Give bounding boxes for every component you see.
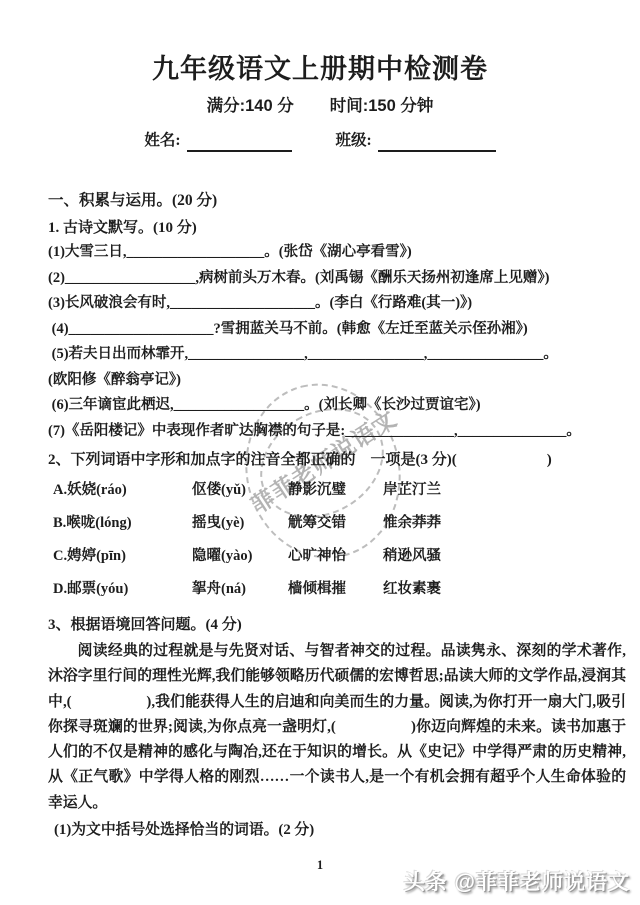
exam-meta-row: 满分:140 分 时间:150 分钟: [0, 95, 640, 117]
q3-sub-question-1: (1)为文中括号处选择恰当的词语。(2 分): [48, 818, 626, 842]
q2-option-c-word-4: 稍逊风骚: [383, 546, 626, 566]
q1-line-6: (6)三年谪宦此栖迟,__________________。(刘长卿《长沙过贾谊…: [48, 393, 626, 419]
exam-page: 菲菲老师说语文 九年级语文上册期中检测卷 满分:140 分 时间:150 分钟 …: [0, 0, 640, 905]
q1-line-5-citation: (欧阳修《醉翁亭记》): [48, 368, 626, 394]
q2-heading: 2、下列词语中字形和加点字的注音全都正确的 一项是(3 分)( ): [48, 448, 626, 472]
class-label: 班级:: [336, 130, 372, 152]
exam-body: 一、积累与运用。(20 分) 1. 古诗文默写。(10 分) (1)大雪三日,_…: [0, 190, 640, 842]
q2-option-grid: A.妖娆(ráo) 伛偻(yǔ) 静影沉璧 岸芷汀兰 B.喉咙(lóng) 摇曳…: [53, 480, 626, 599]
q2-option-b-word-3: 觥筹交错: [288, 513, 383, 533]
q1-line-3: (3)长风破浪会有时,____________________。(李白《行路难(…: [48, 291, 626, 317]
q2-option-a-word-2: 伛偻(yǔ): [192, 480, 288, 500]
student-info-row: 姓名: 班级:: [0, 130, 640, 152]
q2-option-a-word-3: 静影沉璧: [288, 480, 383, 500]
name-label: 姓名:: [144, 130, 180, 152]
q2-option-d-word-3: 樯倾楫摧: [288, 579, 383, 599]
q1-line-1: (1)大雪三日,___________________。(张岱《湖心亭看雪》): [48, 240, 626, 266]
q2-option-a-word-1: A.妖娆(ráo): [53, 480, 192, 500]
q1-line-5: (5)若夫日出而林霏开,________________,___________…: [48, 342, 626, 368]
toutiao-channel-watermark: 头条 @菲菲老师说语文: [404, 866, 630, 896]
q1-line-2: (2)__________________,病树前头万木春。(刘禹锡《酬乐天扬州…: [48, 266, 626, 292]
page-title: 九年级语文上册期中检测卷: [0, 0, 640, 88]
full-score-label: 满分:140 分: [207, 95, 294, 117]
q2-option-c-word-1: C.娉婷(pīn): [53, 546, 192, 566]
name-blank-line: [187, 135, 292, 152]
q3-passage: 阅读经典的过程就是与先贤对话、与智者神交的过程。品读隽永、深刻的学术著作,沐浴字…: [48, 639, 626, 816]
section1-heading: 一、积累与运用。(20 分): [48, 190, 626, 212]
q2-option-b-word-4: 惟余莽莽: [383, 513, 626, 533]
q2-option-a-word-4: 岸芷汀兰: [383, 480, 626, 500]
q2-option-c-word-2: 隐曜(yào): [192, 546, 288, 566]
time-limit-label: 时间:150 分钟: [330, 95, 434, 117]
q3-heading: 3、根据语境回答问题。(4 分): [48, 613, 626, 637]
q2-option-b-word-2: 摇曳(yè): [192, 513, 288, 533]
q2-option-b-word-1: B.喉咙(lóng): [53, 513, 192, 533]
class-blank-line: [378, 135, 496, 152]
q1-heading: 1. 古诗文默写。(10 分): [48, 216, 626, 240]
q2-option-d-word-2: 挐舟(ná): [192, 579, 288, 599]
q1-line-4: (4)____________________?雪拥蓝关马不前。(韩愈《左迁至蓝…: [48, 317, 626, 343]
q2-option-d-word-1: D.邮票(yóu): [53, 579, 192, 599]
q1-line-7: (7)《岳阳楼记》中表现作者旷达胸襟的句子是:_______________,_…: [48, 419, 626, 445]
q2-option-d-word-4: 红妆素裹: [383, 579, 626, 599]
q2-option-c-word-3: 心旷神怡: [288, 546, 383, 566]
